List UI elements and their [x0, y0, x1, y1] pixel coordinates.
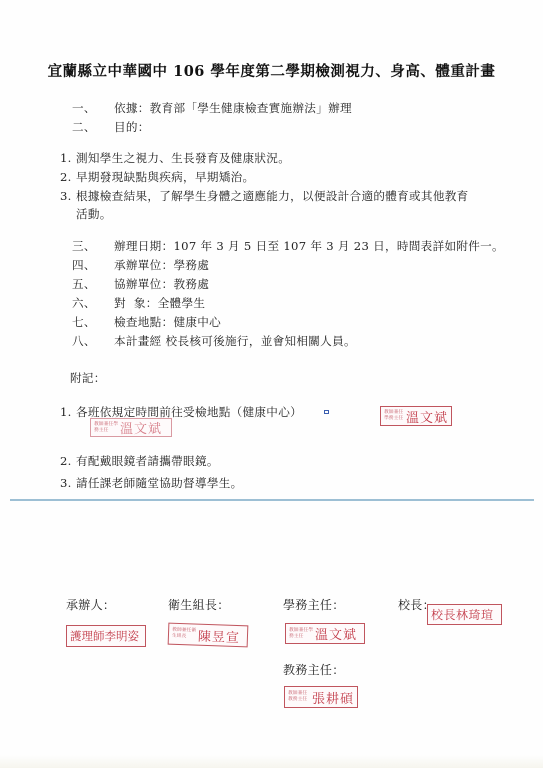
item-text: 測知學生之視力、生長發育及健康狀況。 [76, 151, 290, 165]
section-number: 四、 [72, 257, 114, 273]
academic-affairs-stamp: 教師兼任教務主任 張耕碩 [284, 686, 358, 708]
item-number: 2. [60, 169, 76, 185]
student-affairs-stamp: 教師兼任學務主任 溫文斌 [285, 623, 365, 644]
section-number: 三、 [72, 238, 114, 254]
health-chief-stamp: 教師兼任衛生組長 陳昱宣 [168, 623, 249, 648]
item-text: 請任課老師隨堂協助督導學生。 [76, 476, 243, 490]
document-title: 宜蘭縣立中華國中 106 學年度第二學期檢測視力、身高、體重計畫 [0, 60, 543, 81]
detail-target: 六、對 象：全體學生 [72, 295, 205, 311]
principal-stamp: 校長林琦瑄 [427, 604, 502, 625]
purpose-item: 2.早期發現缺點與疾病，早期矯治。 [60, 169, 254, 185]
section-number: 七、 [72, 314, 114, 330]
health-chief-label: 衛生組長： [168, 597, 230, 613]
note-item: 2.有配戴眼鏡者請攜帶眼鏡。 [60, 453, 219, 469]
item-text: 有配戴眼鏡者請攜帶眼鏡。 [76, 454, 219, 468]
scan-edge [0, 755, 543, 768]
section-number: 六、 [72, 295, 114, 311]
edit-mark-icon [324, 410, 329, 414]
document-page: 宜蘭縣立中華國中 106 學年度第二學期檢測視力、身高、體重計畫 一、依據：教育… [0, 0, 543, 768]
detail-location: 七、檢查地點：健康中心 [72, 314, 221, 330]
item-text: 各班依規定時間前往受檢地點（健康中心） [76, 405, 302, 419]
item-number: 2. [60, 453, 76, 469]
item-number: 1. [60, 150, 76, 166]
item-number: 1. [60, 404, 76, 420]
section-text: 承辦單位：學務處 [114, 258, 209, 272]
purpose-item: 1.測知學生之視力、生長發育及健康狀況。 [60, 150, 290, 166]
academic-affairs-label: 教務主任： [283, 662, 345, 678]
item-text: 早期發現缺點與疾病，早期矯治。 [76, 170, 254, 184]
item-text: 根據檢查結果，了解學生身體之適應能力，以便設計合適的體育或其他教育 [76, 189, 469, 203]
note-stamp-student-affairs: 教師兼任學務主任 溫文斌 [90, 418, 172, 437]
purpose-item: 3.根據檢查結果，了解學生身體之適應能力，以便設計合適的體育或其他教育 [60, 188, 469, 204]
detail-organizer: 四、承辦單位：學務處 [72, 257, 209, 273]
item-number: 3. [60, 475, 76, 491]
handler-label: 承辦人： [66, 597, 115, 613]
section-text: 協辦單位：教務處 [114, 277, 209, 291]
section-text: 依據：教育部「學生健康檢查實施辦法」辦理 [114, 101, 352, 115]
divider-line [10, 499, 534, 501]
section-text: 目的： [114, 120, 150, 134]
section-basis: 一、依據：教育部「學生健康檢查實施辦法」辦理 [72, 100, 352, 116]
note-item: 3.請任課老師隨堂協助督導學生。 [60, 475, 243, 491]
detail-co-organizer: 五、協辦單位：教務處 [72, 276, 209, 292]
purpose-item-continuation: 活動。 [76, 206, 112, 222]
section-text: 本計畫經 校長核可後施行，並會知相關人員。 [114, 334, 356, 348]
section-text: 辦理日期：107 年 3 月 5 日至 107 年 3 月 23 日，時間表詳如… [114, 239, 504, 253]
student-affairs-label: 學務主任： [283, 597, 345, 613]
detail-approval: 八、本計畫經 校長核可後施行，並會知相關人員。 [72, 333, 356, 349]
handler-stamp: 護理師李明姿 [66, 625, 146, 647]
notes-label: 附記： [70, 370, 106, 386]
section-number: 五、 [72, 276, 114, 292]
detail-date: 三、辦理日期：107 年 3 月 5 日至 107 年 3 月 23 日，時間表… [72, 238, 504, 254]
section-purpose: 二、目的： [72, 119, 150, 135]
section-text: 對 象：全體學生 [114, 296, 205, 310]
section-number: 二、 [72, 119, 114, 135]
section-text: 檢查地點：健康中心 [114, 315, 221, 329]
note-stamp-student-affairs-2: 教師兼任學務主任 溫文斌 [380, 406, 452, 426]
section-number: 八、 [72, 333, 114, 349]
section-number: 一、 [72, 100, 114, 116]
item-number: 3. [60, 188, 76, 204]
